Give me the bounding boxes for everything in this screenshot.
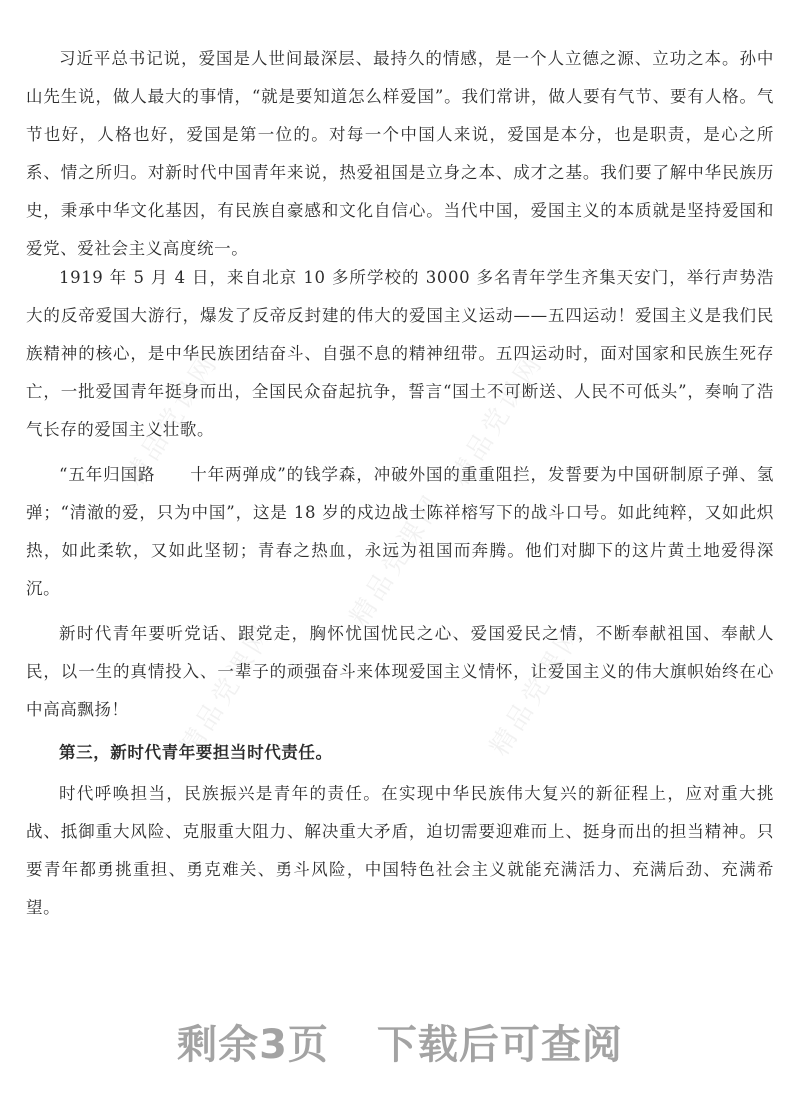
remaining-pages-text: 剩余3页 <box>177 1022 329 1068</box>
remaining-pages-banner[interactable]: 剩余3页下载后可查阅 <box>0 1013 800 1070</box>
download-hint-text: 下载后可查阅 <box>377 1022 623 1068</box>
paragraph-new-era-youth: 新时代青年要听党话、跟党走，胸怀忧国忧民之心、爱国爱民之情，不断奉献祖国、奉献人… <box>26 615 774 729</box>
document-page: 第二，新时代青年要厚植爱国情怀。 习近平总书记说，爱国是人世间最深层、最持久的情… <box>0 0 800 1118</box>
section-heading-third: 第三，新时代青年要担当时代责任。 <box>26 734 774 772</box>
paragraph-qian-xuesen: “五年归国路 十年两弹成”的钱学森，冲破外国的重重阻拦，发誓要为中国研制原子弹、… <box>26 456 774 608</box>
paragraph-may-fourth: 1919 年 5 月 4 日，来自北京 10 多所学校的 3000 多名青年学生… <box>26 259 774 449</box>
paragraph-patriotism: 习近平总书记说，爱国是人世间最深层、最持久的情感，是一个人立德之源、立功之本。孙… <box>26 40 774 268</box>
paragraph-responsibility: 时代呼唤担当，民族振兴是青年的责任。在实现中华民族伟大复兴的新征程上，应对重大挑… <box>26 775 774 927</box>
